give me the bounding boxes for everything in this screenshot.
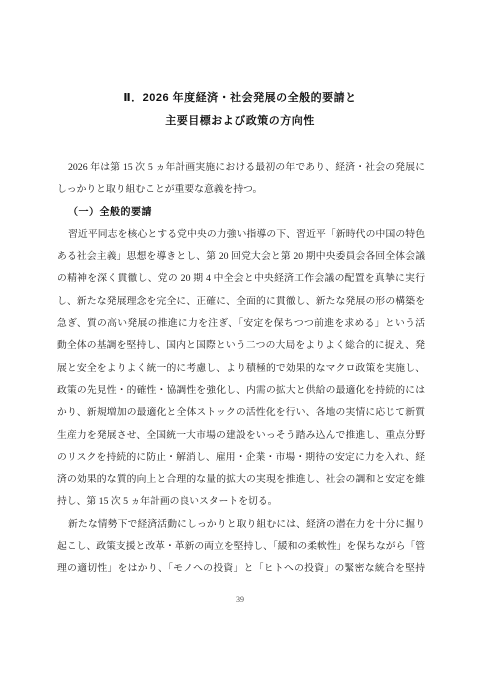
paragraph-line: 動全体の基調を堅持し、国内と国際という二つの大局をよりよく総合的に捉え、発 — [57, 335, 425, 357]
paragraph-line: 生産力を発展させ、全国統一大市場の建設をいっそう踏み込んで推進し、重点分野 — [57, 425, 425, 447]
body-text: 2026 年は第 15 次 5 ヵ年計画実施における最初の年であり、経済・社会の… — [57, 157, 425, 581]
paragraph-line: 政策の先見性・的確性・協調性を強化し、内需の拡大と供給の最適化を持続的には — [57, 380, 425, 402]
title-line-1: Ⅱ．2026 年度経済・社会発展の全般的要請と — [0, 87, 480, 110]
paragraph-line: しっかりと取り組むことが重要な意義を持つ。 — [57, 179, 425, 201]
page-number: 39 — [0, 595, 480, 604]
title-line-2: 主要目標および政策の方向性 — [0, 110, 480, 133]
paragraph-line: 理の適切性」をはかり、「モノへの投資」と「ヒトへの投資」の緊密な統合を堅持 — [57, 558, 425, 580]
paragraph-line: 済の効果的な質的向上と合理的な量的拡大の実現を推進し、社会の調和と安定を維 — [57, 469, 425, 491]
paragraph-line: 習近平同志を核心とする党中央の力強い指導の下、習近平「新時代の中国の特色 — [57, 224, 425, 246]
paragraph-line: し、新たな発展理念を完全に、正確に、全面的に貫徹し、新たな発展の形の構築を — [57, 291, 425, 313]
paragraph-line: 持し、第 15 次 5 ヵ年計画の良いスタートを切る。 — [57, 491, 425, 513]
paragraph-line: 新たな情勢下で経済活動にしっかりと取り組むには、経済の潜在力を十分に掘り — [57, 514, 425, 536]
paragraph-line: かり、新規増加の最適化と全体ストックの活性化を行い、各地の実情に応じて新質 — [57, 402, 425, 424]
paragraph-line: 展と安全をよりよく統一的に考慮し、より積極的で効果的なマクロ政策を実施し、 — [57, 358, 425, 380]
paragraph-line: ある社会主義」思想を導きとし、第 20 回党大会と第 20 期中央委員会各回全体… — [57, 246, 425, 268]
section-heading: （一）全般的要請 — [57, 202, 425, 224]
document-page: Ⅱ．2026 年度経済・社会発展の全般的要請と 主要目標および政策の方向性 20… — [0, 0, 480, 679]
page-title: Ⅱ．2026 年度経済・社会発展の全般的要請と 主要目標および政策の方向性 — [0, 87, 480, 133]
paragraph-line: 起こし、政策支援と改革・革新の両立を堅持し、「緩和の柔軟性」を保ちながら「管 — [57, 536, 425, 558]
paragraph-line: 急ぎ、質の高い発展の推進に力を注ぎ、「安定を保ちつつ前進を求める」という活 — [57, 313, 425, 335]
paragraph-line: の精神を深く貫徹し、党の 20 期 4 中全会と中央経済工作会議の配置を真摯に実… — [57, 268, 425, 290]
paragraph-line: 2026 年は第 15 次 5 ヵ年計画実施における最初の年であり、経済・社会の… — [57, 157, 425, 179]
paragraph-line: のリスクを持続的に防止・解消し、雇用・企業・市場・期待の安定に力を入れ、経 — [57, 447, 425, 469]
